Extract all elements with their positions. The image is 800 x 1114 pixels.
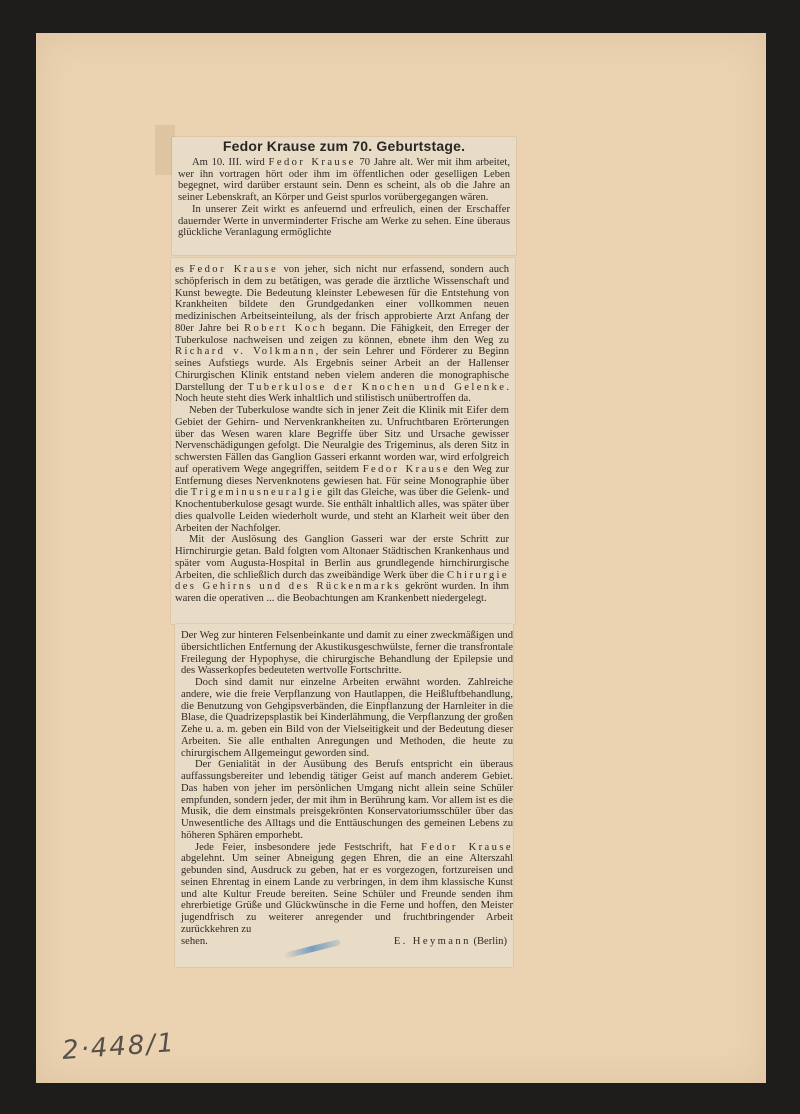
emphasized-name: Richard v. Volkmann bbox=[175, 346, 316, 357]
clipping-3: Der Weg zur hinteren Felsenbeinkante und… bbox=[175, 624, 513, 967]
emphasized-name: Tuberkulose der Knochen und Gelenke bbox=[248, 382, 507, 393]
emphasized-name: Fedor Krause bbox=[421, 842, 513, 853]
clipping-3-body: Der Weg zur hinteren Felsenbeinkante und… bbox=[181, 630, 513, 936]
closing-word: sehen. bbox=[181, 936, 208, 948]
paragraph: Der Genialität in der Ausübung des Beruf… bbox=[181, 759, 513, 841]
signature-line: sehen. E. Heymann (Berlin) bbox=[181, 936, 513, 948]
clipping-1-body: Am 10. III. wird Fedor Krause 70 Jahre a… bbox=[178, 157, 510, 239]
article-title: Fedor Krause zum 70. Geburtstage. bbox=[178, 141, 510, 153]
emphasized-name: Fedor Krause bbox=[269, 157, 356, 168]
emphasized-name: Fedor Krause bbox=[189, 264, 278, 275]
emphasized-name: Robert Koch bbox=[244, 323, 327, 334]
paragraph: In unserer Zeit wirkt es anfeuernd und e… bbox=[178, 204, 510, 239]
paragraph: Am 10. III. wird Fedor Krause 70 Jahre a… bbox=[178, 157, 510, 204]
paragraph: es Fedor Krause von jeher, sich nicht nu… bbox=[175, 264, 509, 405]
clipping-2: es Fedor Krause von jeher, sich nicht nu… bbox=[171, 258, 515, 624]
paragraph: Mit der Auslösung des Ganglion Gasseri w… bbox=[175, 534, 509, 605]
author-name: E. Heymann bbox=[394, 936, 471, 947]
paragraph: Doch sind damit nur einzelne Arbeiten er… bbox=[181, 677, 513, 759]
paragraph: Neben der Tuberkulose wandte sich in jen… bbox=[175, 405, 509, 534]
emphasized-name: Trigeminusneuralgie bbox=[191, 487, 324, 498]
author-place: (Berlin) bbox=[473, 936, 507, 947]
clipping-2-body: es Fedor Krause von jeher, sich nicht nu… bbox=[175, 264, 509, 605]
paragraph: Jede Feier, insbesondere jede Festschrif… bbox=[181, 842, 513, 936]
author-signature: E. Heymann (Berlin) bbox=[394, 936, 513, 948]
paragraph: Der Weg zur hinteren Felsenbeinkante und… bbox=[181, 630, 513, 677]
clipping-1: Fedor Krause zum 70. Geburtstage. Am 10.… bbox=[172, 137, 516, 255]
emphasized-name: Chirurgie des Gehirns und des Rückenmark… bbox=[175, 570, 509, 593]
emphasized-name: Fedor Krause bbox=[363, 464, 450, 475]
